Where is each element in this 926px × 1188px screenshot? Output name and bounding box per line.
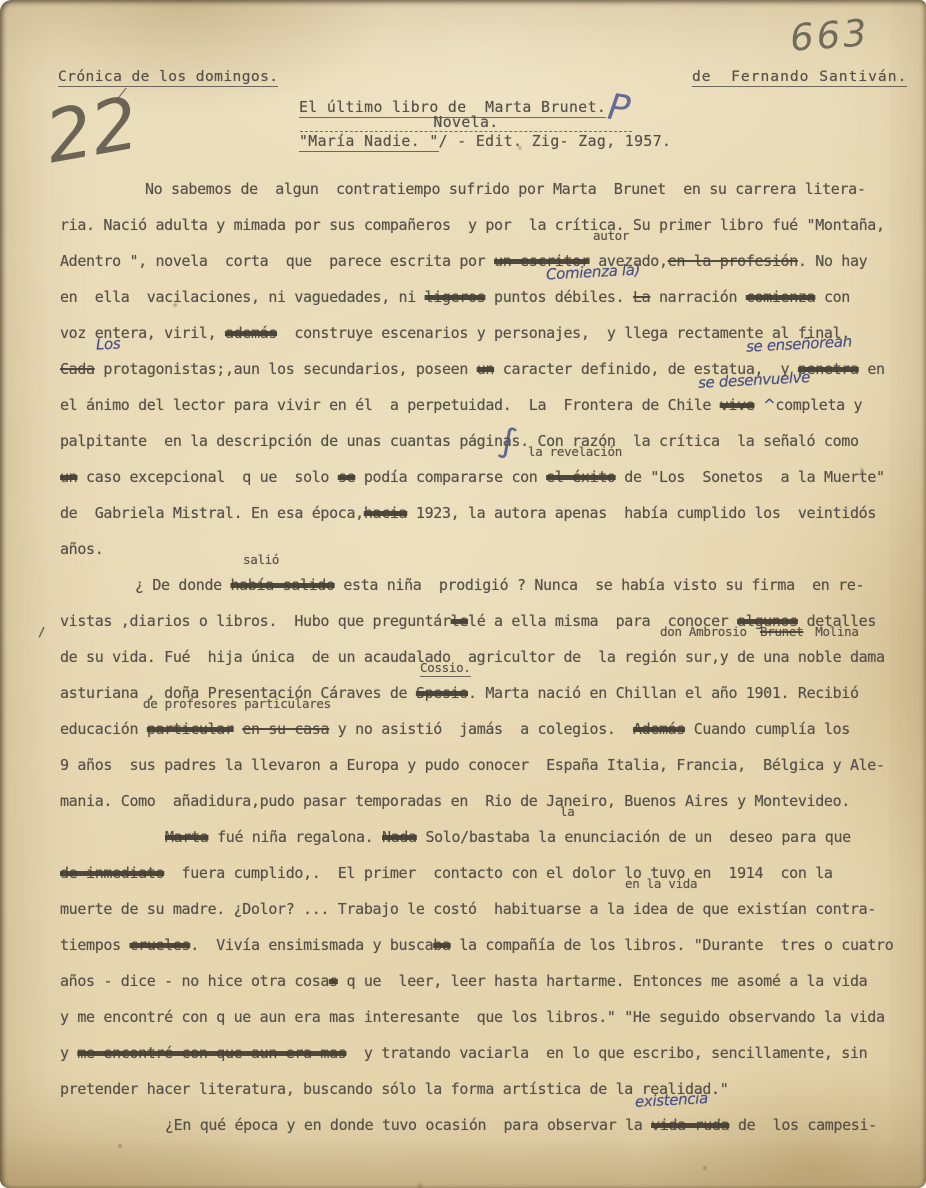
struck-text: hacia xyxy=(364,504,407,522)
handwritten-page-number: 663 xyxy=(789,11,871,59)
typed-text: vistas ,diarios o libros. Hubo que pregu… xyxy=(60,612,451,630)
typed-text: protagonistas;,aun los secundarios, pose… xyxy=(95,360,477,378)
typed-text: . No hay xyxy=(798,252,867,270)
handwritten-insertion: ∫ xyxy=(497,436,517,453)
typed-text: fué niña regalona. xyxy=(208,828,382,846)
text-line: pretender hacer literatura, buscando sól… xyxy=(60,1071,908,1107)
text-line: existencia¿En qué época y en donde tuvo … xyxy=(60,1107,908,1143)
text-line: salió¿ De donde había salido esta niña p… xyxy=(60,567,908,603)
header-right: de Fernando Santiván. xyxy=(692,68,907,85)
struck-text: vida ruda xyxy=(651,1116,729,1134)
typed-text: años - dice - no hice otra cosa xyxy=(60,972,329,990)
typed-text: de su vida. Fué hija única de un acaudal… xyxy=(60,648,885,666)
struck-text: le xyxy=(451,612,468,630)
handwritten-insertion: Los xyxy=(96,336,121,351)
book-reference-line: "María Nadie. "/ - Edit. Zig- Zag, 1957. xyxy=(299,133,671,150)
typed-text: . Marta nació en Chillan el año 1901. Re… xyxy=(468,684,859,702)
typed-text: ¿En qué época y en donde tuvo ocasión pa… xyxy=(165,1116,651,1134)
text-line: ∫la revelaciónun caso excepcional q ue s… xyxy=(60,459,908,495)
typed-text xyxy=(754,396,763,414)
text-line: de Gabriela Mistral. En esa época,hacia … xyxy=(60,495,908,531)
struck-text: me encontré con que aun era mas xyxy=(77,1044,346,1062)
typed-text: de Gabriela Mistral. En esa época, xyxy=(60,504,364,522)
struck-text: Además xyxy=(633,720,685,738)
typed-insertion: / xyxy=(38,625,45,639)
text-line: años - dice - no hice otra cosas q ue le… xyxy=(60,963,908,999)
text-line: de profesores particulareseducación part… xyxy=(60,711,908,747)
text-line: palpitante en la descripción de unas cua… xyxy=(60,423,908,459)
text-line: y me encontré con que aun era mas y trat… xyxy=(60,1035,908,1071)
typed-text: q ue leer, leer hasta hartarme. Entonces… xyxy=(338,972,868,990)
struck-text: La xyxy=(633,288,650,306)
struck-text: había salido xyxy=(231,576,335,594)
typed-text: caso excepcional q ue solo xyxy=(77,468,337,486)
struck-text: un xyxy=(60,468,77,486)
handwritten-insertion: se enseñorean xyxy=(746,334,852,354)
typed-text: la compañía de los libros. "Durante tres… xyxy=(451,936,894,954)
struck-text: un xyxy=(477,360,494,378)
typed-insertion: la xyxy=(560,805,574,819)
typed-text: palpitante en la descripción de unas cua… xyxy=(60,432,859,450)
struck-text: ba xyxy=(433,936,450,954)
struck-text: el éxito xyxy=(546,468,615,486)
typed-text: puntos débiles. xyxy=(485,288,633,306)
typed-text: voz entera, viril, xyxy=(60,324,225,342)
typed-text: en ella vacilaciones, ni vaguedades, ni xyxy=(60,288,425,306)
typed-text: educación xyxy=(60,720,147,738)
handwritten-insertion: Comienza la) xyxy=(546,263,641,282)
typed-text: Solo/bastaba la enunciación de un deseo … xyxy=(417,828,851,846)
struck-text: ligeros xyxy=(425,288,486,306)
manuscript-page: 663 22 P / Crónica de los domingos. de F… xyxy=(0,0,926,1188)
typed-insertion: Brunet xyxy=(760,625,803,639)
typed-text: años. xyxy=(60,540,103,558)
typed-text: y tratando vaciarla en lo que escribo, s… xyxy=(346,1044,867,1062)
typed-insertion: salió xyxy=(243,553,279,567)
struck-text: se xyxy=(338,468,355,486)
text-line: Comienza la)en ella vacilaciones, ni vag… xyxy=(60,279,908,315)
text-line: ria. Nació adulta y mimada por sus compa… xyxy=(60,207,908,243)
text-line: 9 años sus padres la llevaron a Europa y… xyxy=(60,747,908,783)
typed-text: podía compararse con xyxy=(355,468,546,486)
text-line: autorAdentro ", novela corta que parece … xyxy=(60,243,908,279)
struck-text: en la profesión xyxy=(668,252,798,270)
typed-text: esta niña prodigió ? Nunca se había vist… xyxy=(335,576,865,594)
typed-text: fuera cumplido,. El primer contacto con … xyxy=(164,864,832,882)
typed-text: y no asistió jamás a colegios. xyxy=(329,720,633,738)
struck-text: además xyxy=(225,324,277,342)
typed-text: pretender hacer literatura, buscando sól… xyxy=(60,1080,728,1098)
handwritten-margin-number: 22 xyxy=(39,81,144,180)
typed-text: muerte de su madre. ¿Dolor? ... Trabajo … xyxy=(60,900,876,918)
typed-text: narración xyxy=(650,288,746,306)
edition-info: / - Edit. Zig- Zag, 1957. xyxy=(439,133,672,150)
book-title: "María Nadie. " xyxy=(299,133,439,152)
struck-text: vive xyxy=(720,396,755,414)
text-line: de inmediato fuera cumplido,. El primer … xyxy=(60,855,908,891)
struck-text: Marta xyxy=(165,828,208,846)
text-line: tiempos crueles. Vivía ensimismada y bus… xyxy=(60,927,908,963)
struck-text: de inmediato xyxy=(60,864,164,882)
text-line: años. xyxy=(60,531,908,567)
typed-text: tiempos xyxy=(60,936,129,954)
header-right-text: de Fernando Santiván. xyxy=(692,68,907,87)
typed-text: 1923, la autora apenas había cumplido lo… xyxy=(407,504,876,522)
text-line: en la vidamuerte de su madre. ¿Dolor? ..… xyxy=(60,891,908,927)
document-body: No sabemos de algun contratiempo sufrido… xyxy=(60,171,908,1143)
typed-text: y xyxy=(60,1044,77,1062)
handwritten-insertion: existencia xyxy=(635,1091,708,1109)
typed-text: ria. Nació adulta y mimada por sus compa… xyxy=(60,216,885,234)
text-line: se desenvuelveel ánimo del lector para v… xyxy=(60,387,908,423)
typed-text: el ánimo del lector para vivir en él a p… xyxy=(60,396,720,414)
typed-text: completa y xyxy=(775,396,862,414)
header-left-text: Crónica de los domingos. xyxy=(58,68,278,87)
typed-text: 9 años sus padres la llevaron a Europa y… xyxy=(60,756,885,774)
typed-insertion: Molina xyxy=(808,625,859,639)
struck-text: Cada xyxy=(60,360,95,378)
typed-text: Adentro ", novela corta que parece escri… xyxy=(60,252,494,270)
typed-text: . Vivía ensimismada y busca xyxy=(190,936,433,954)
typed-insertion: autor xyxy=(593,229,629,243)
text-line: mania. Como añadidura,pudo pasar tempora… xyxy=(60,783,908,819)
typed-text: No sabemos de algun contratiempo sufrido… xyxy=(145,180,866,198)
typed-text: y me encontré con q ue aun era mas inter… xyxy=(60,1008,885,1026)
typed-text: de los campesi- xyxy=(729,1116,877,1134)
typed-text: ¿ De donde xyxy=(135,576,231,594)
handwritten-insertion: se desenvuelve xyxy=(698,370,811,390)
typed-text: mania. Como añadidura,pudo pasar tempora… xyxy=(60,792,850,810)
text-line: y me encontré con q ue aun era mas inter… xyxy=(60,999,908,1035)
typed-text: con xyxy=(815,288,850,306)
struck-text: comienza xyxy=(746,288,815,306)
typed-insertion: don Ambrosio xyxy=(660,625,754,639)
typed-text: en xyxy=(859,360,885,378)
struck-text: en su casa xyxy=(242,720,329,738)
text-line: laMarta fué niña regalona. Nada Solo/bas… xyxy=(60,819,908,855)
header-left: Crónica de los domingos. xyxy=(58,68,278,85)
typed-text: Cuando cumplía los xyxy=(685,720,850,738)
document-subtitle: Novela. xyxy=(300,114,632,132)
struck-text: crueles xyxy=(129,936,190,954)
typed-insertion: en la vida xyxy=(625,877,697,891)
typed-text xyxy=(234,720,243,738)
typed-insertion: la revelación xyxy=(528,445,622,459)
text-line: No sabemos de algun contratiempo sufrido… xyxy=(60,171,908,207)
handwritten-text: ^ xyxy=(763,396,775,414)
struck-text: s xyxy=(329,972,338,990)
struck-text: Nada xyxy=(382,828,417,846)
typed-text: de "Los Sonetos a la Muerte" xyxy=(616,468,885,486)
text-line: /don Ambrosio Brunet Molinade su vida. F… xyxy=(60,639,908,675)
typed-insertion: de profesores particulares xyxy=(143,697,331,711)
typed-insertion: Cossio. xyxy=(420,661,471,677)
struck-text: Spesio xyxy=(416,684,468,702)
struck-text: particular xyxy=(147,720,234,738)
